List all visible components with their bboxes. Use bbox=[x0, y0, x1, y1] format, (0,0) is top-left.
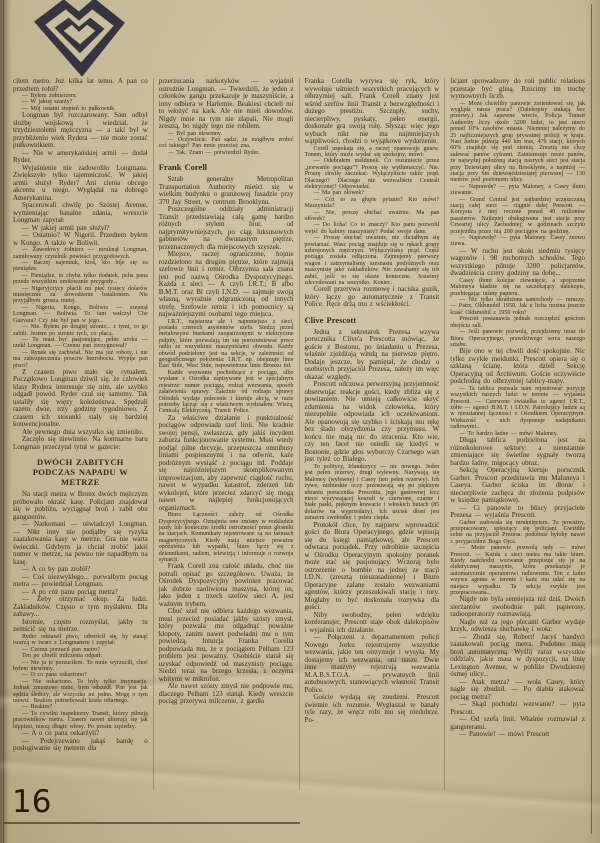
small-print-paragraph: — Oczywiście. Pan sądzi, że mógłbym zrob… bbox=[159, 137, 294, 150]
paragraph: — W ruchu jest około siedmiu tysięcy wag… bbox=[450, 248, 585, 278]
small-print-paragraph: Corell uspokaja się, a raczej opanowuje … bbox=[305, 146, 440, 159]
paragraph: — Podejrzewano jakąś bandę o posługiwani… bbox=[13, 738, 148, 753]
small-print-paragraph: — Nie, proszę słuchać uważnie. Ma pan oł… bbox=[305, 210, 440, 223]
footer-rule bbox=[4, 822, 300, 824]
paragraph: Za właściwe działanie i punktualność poc… bbox=[159, 415, 294, 513]
small-print-paragraph: — Rynek się zachwiał. Nie ma już roboty,… bbox=[13, 350, 148, 369]
paragraph: — Od szefa linii. Właśnie rozmawiał z ga… bbox=[450, 716, 585, 731]
paragraph: — Połączeni z departamentem policji Nowe… bbox=[305, 634, 440, 694]
paragraph: — Skąd pochodzi wezwanie? — pyta Prescot… bbox=[450, 701, 585, 716]
paragraph: Corell przerywa rozmowę i naciska guzik,… bbox=[305, 286, 440, 309]
text-column-2: przerzucania narkotyków — wyjaśnił ostro… bbox=[153, 78, 299, 790]
paragraph: Poszczególne oddziały administracji Tran… bbox=[159, 206, 294, 251]
paragraph: Franka Corella wyrywa się ryk, który wyw… bbox=[305, 78, 440, 146]
paragraph: Sekcją Operacyjną kieruje porucznik Garb… bbox=[450, 467, 585, 505]
small-print-paragraph: Każde wezwanie pochodzące z pociągu, alb… bbox=[159, 370, 294, 415]
paragraph: Istotnie, często rozmyślał, jakby tu zem… bbox=[13, 619, 148, 634]
magazine-page: cilem metro. Już kilka lat temu. A pan c… bbox=[0, 0, 600, 843]
section-heading: Frank Corell bbox=[159, 162, 294, 172]
small-print-paragraph: — Nie ja je porzuciłem. To mnie wyrzucil… bbox=[13, 660, 148, 673]
paragraph: Goście wydają się znudzeni. Prescott świ… bbox=[305, 694, 440, 724]
small-print-paragraph: — To cywilni inspektorzy Transit, którzy… bbox=[13, 711, 148, 730]
small-print-paragraph: — Odebrałem meldunek. Co rozumiecie prze… bbox=[305, 158, 440, 190]
paragraph: przerzucania narkotyków — wyjaśnił ostro… bbox=[159, 78, 294, 131]
small-print-paragraph: — Grand Central jest najbardziej uczęszc… bbox=[450, 197, 585, 235]
article-text-block: cilem metro. Już kilka lat temu. A pan c… bbox=[8, 78, 590, 790]
paragraph: Jedna z sekretarek Prezesa wzywa poruczn… bbox=[305, 329, 440, 382]
small-print-paragraph: — Raczej najemnik, ktoś, kto bije się za… bbox=[13, 260, 148, 273]
paragraph: Niby swobodny, pełen wdzięku konferansje… bbox=[305, 612, 440, 635]
small-print-paragraph: Biuro Łączności zależy od Ośrodka Dyspoz… bbox=[159, 512, 294, 563]
small-print-paragraph: — Może chcieliby panowie zorientować się… bbox=[450, 101, 585, 184]
small-print-paragraph: — To musi być pasjonujące, pełne uroku —… bbox=[13, 337, 148, 350]
small-print-paragraph: — Do licha! Co to znaczy? Kto panu pozwo… bbox=[305, 222, 440, 235]
paragraph: Długa tablica podzielona jest na różnoko… bbox=[450, 437, 585, 467]
small-print-paragraph: — Cóż to za głupie pytanie? Kto mówi? Ma… bbox=[305, 197, 440, 210]
paragraph: Prescott odczuwa perwersyjną przyjemność… bbox=[305, 381, 440, 464]
small-print-paragraph: Ryder odstawił piwo, odwrócił się, by st… bbox=[13, 634, 148, 647]
small-print-paragraph: — Naprawdę? — pyta Maloney, a Casey tłum… bbox=[450, 184, 585, 197]
text-column-4: licjant sprowadzony do roli public relat… bbox=[444, 78, 590, 790]
small-print-paragraph: To politycy, Irlandczycy — nic nowego. J… bbox=[305, 464, 440, 522]
small-print-paragraph: — Proszę słuchać uważnie, nie chciałbym … bbox=[305, 235, 440, 286]
small-print-paragraph: — Jeśli panowie pozwolą, przejdziemy ter… bbox=[450, 329, 585, 348]
paragraph: — Coś niezwykłego... porwałbym pociąg me… bbox=[13, 574, 148, 589]
paragraph: Nagle tuż za jego plecami Garber wydaje … bbox=[450, 619, 585, 634]
news-headline: DWÓCH ZABITYCH PODCZAS NAPADU W METRZE bbox=[15, 457, 146, 487]
small-print-paragraph: — Nie. Byłem po drugiej stronie... z tym… bbox=[13, 324, 148, 337]
small-print-paragraph: Garber zadowala się mruknięciem. To powa… bbox=[450, 520, 585, 546]
paragraph: Choć szef nie odbiera każdego wezwania, … bbox=[159, 608, 294, 683]
page-number: 16 bbox=[12, 786, 51, 818]
small-print-paragraph: — Pieniądze, to chyba tylko dodatek, pch… bbox=[13, 273, 148, 286]
paragraph: — Ostatnio? W Nigerii. Przedtem byłem w … bbox=[13, 232, 148, 247]
text-column-1: cilem metro. Już kilka lat temu. A pan c… bbox=[8, 78, 153, 790]
small-print-paragraph: Prescott postanawia jednak oszczędzić go… bbox=[450, 316, 585, 329]
small-print-paragraph: — Nigeryjczycy płacili mi pięć tysięcy d… bbox=[13, 286, 148, 305]
small-print-paragraph: — Nie oskarżono. To były tylko insynuacj… bbox=[13, 679, 148, 705]
paragraph: Frank Corell zna całość układu, choć nie… bbox=[159, 563, 294, 608]
text-column-3: Franka Corella wyrywa się ryk, który wyw… bbox=[299, 78, 445, 790]
paragraph: — Żeby otrzymać okup. Za ludzi. Zakładni… bbox=[13, 596, 148, 619]
paragraph: Zaczęło się niewinnie. Na kontuarze baru… bbox=[13, 436, 148, 451]
paragraph: — Ci panowie to bliscy przyjaciele Preze… bbox=[450, 505, 585, 520]
small-print-paragraph: — Może panowie pozwolą tędy — mówi Presc… bbox=[450, 545, 585, 596]
paragraph: — Zbudź się, Robert! Jacyś bandyci zaata… bbox=[450, 634, 585, 679]
paragraph: — Narkomani — oświadczył Longman. — Nikt… bbox=[13, 521, 148, 566]
small-print-paragraph: — Ta tablica pozwala nam rejestrować poz… bbox=[450, 386, 585, 431]
paragraph: Nigdy nie była senniejsza niż dziś. Dwóc… bbox=[450, 596, 585, 619]
paragraph: licjant sprowadzony do roli public relat… bbox=[450, 78, 585, 101]
small-print-paragraph: — Nigeria, Kongo, Boliwia — szepnął Long… bbox=[13, 305, 148, 324]
small-print-paragraph: — Tak. Znam — potwierdził Ryder. bbox=[159, 150, 294, 156]
small-print-paragraph: — Zawodowy żołnierz — mruknął Longman, z… bbox=[13, 247, 148, 260]
small-print-paragraph: — Nic tylko skradzione samochody — mrucz… bbox=[450, 297, 585, 316]
section-heading: Clive Prescott bbox=[305, 315, 440, 325]
paragraph: Bije ono w tej chwili dość spokojnie. Ni… bbox=[450, 348, 585, 386]
paragraph: Protokół chce, by najpierw wprowadzić go… bbox=[305, 522, 440, 612]
paragraph: Miejsce, raczej ograniczone, hojnie rozd… bbox=[159, 251, 294, 319]
small-print-paragraph: — Naprawdę? — pyta Maloney. Casey znowu … bbox=[450, 235, 585, 248]
paragraph: Sztab generalny Metropolitan Transportat… bbox=[159, 176, 294, 206]
paragraph: — Atak metra? — woła Casey, który nagle … bbox=[450, 679, 585, 702]
small-print-paragraph: Casey tłumi kolejne ziewnięcie, a spojrz… bbox=[450, 278, 585, 297]
paragraph: Wyjaśnienie nie zadowoliło Longmana. Zwi… bbox=[13, 165, 148, 203]
paragraph: Ale nawet szósty zmysł nie podpowie mu, … bbox=[159, 683, 294, 706]
paragraph: — Nie w amerykańskiej armii — dodał Ryde… bbox=[13, 150, 148, 165]
paragraph: Na stacji metra w Bronx dwóch mężczyzn p… bbox=[13, 491, 148, 521]
paragraph: — Panowie! — mówi Prescott bbox=[450, 731, 585, 739]
paragraph: Longman był rozczarowany. Sam odbył służ… bbox=[13, 112, 148, 150]
paragraph: Spacerowali chwilę po Szóstej Avenue, wy… bbox=[13, 202, 148, 225]
paragraph: Z czasem piwo stało się rytuałem. Począt… bbox=[13, 369, 148, 429]
paragraph: cilem metro. Już kilka lat temu. A pan c… bbox=[13, 78, 148, 93]
small-print-paragraph: I.R.T., najstarsza ale i najmniejsza z s… bbox=[159, 319, 294, 370]
publisher-emblem-icon bbox=[30, 0, 130, 79]
